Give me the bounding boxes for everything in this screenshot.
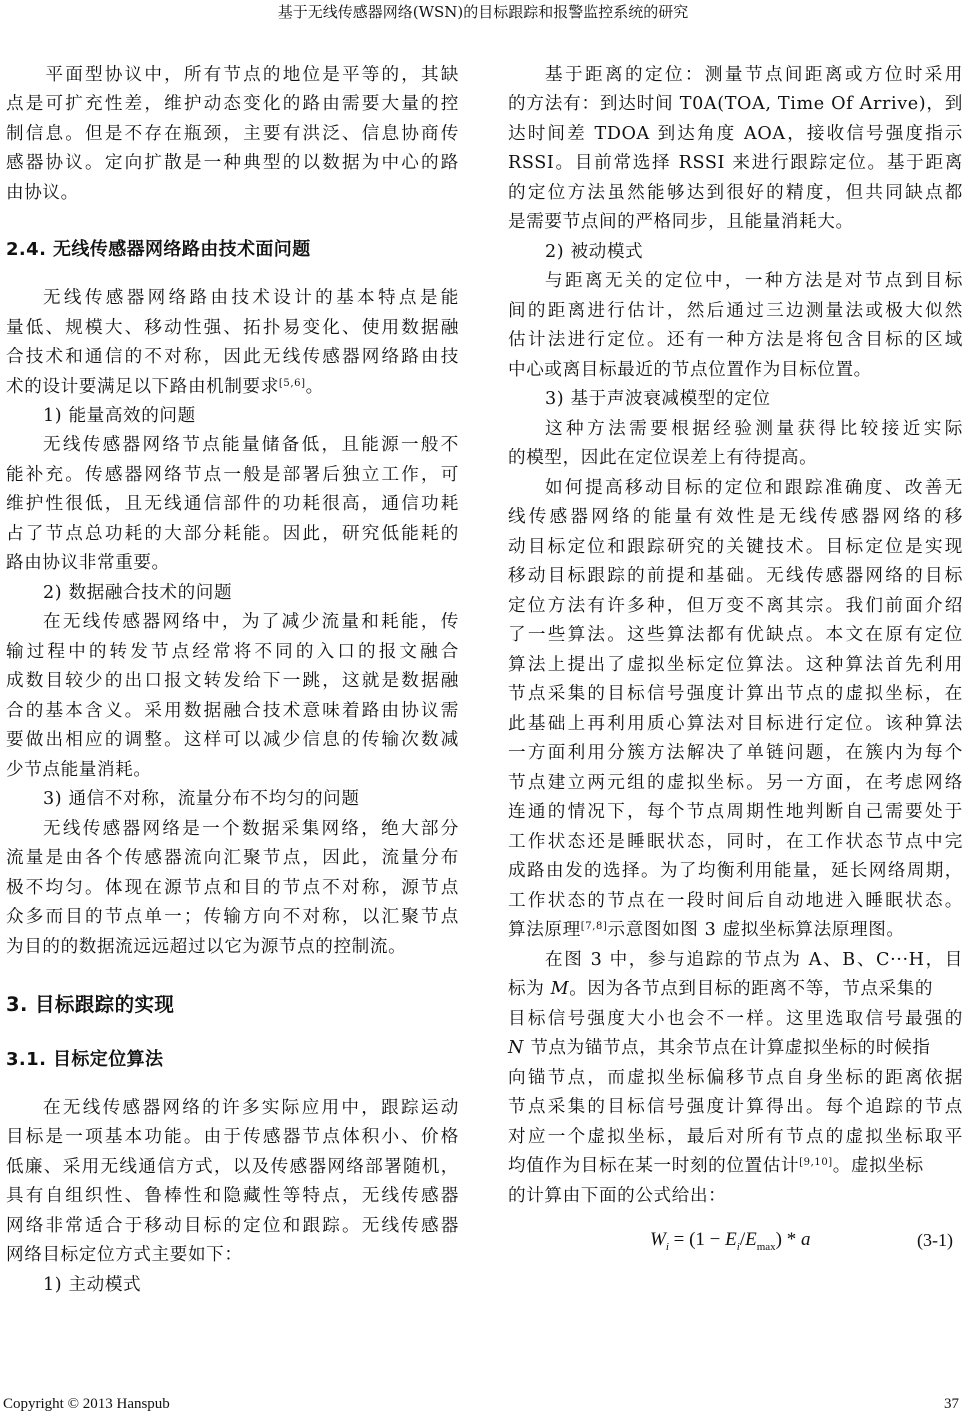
text-line: 为目的的数据流远远超过以它为源节点的控制流。 <box>6 936 459 958</box>
text-line: 由协议。 <box>6 182 459 204</box>
section-heading-3-1: 3.1. 目标定位算法 <box>6 1049 459 1071</box>
text-line: 路由协议非常重要。 <box>6 552 459 574</box>
text-line: 量低、规模大、移动性强、拓扑易变化、使用数据融 <box>6 317 459 339</box>
text-line: 连通的情况下，每个节点周期性地判断自己需要处于 <box>508 801 963 823</box>
text-line: 目标信号强度大小也会不一样。这里选取信号最强的 <box>508 1008 963 1030</box>
text-span: 标为 <box>508 979 551 999</box>
text-span: 均值作为目标在某一时刻的位置估计 <box>508 1156 799 1176</box>
text-span: 示意图如图 3 虚拟坐标算法原理图。 <box>608 920 905 940</box>
text-line: 算法上提出了虚拟坐标定位算法。这种算法首先利用 <box>508 654 963 676</box>
page-number: 37 <box>944 1395 959 1413</box>
text-line: 移动目标跟踪的前提和基础。无线传感器网络的目标 <box>508 565 963 587</box>
text-line: 基于距离的定位：测量节点间距离或方位时采用 <box>508 64 963 86</box>
text-line: 节点采集的目标信号强度计算得出。每个追踪的节点 <box>508 1096 963 1118</box>
text-line: 此基础上再利用质心算法对目标进行定位。该种算法 <box>508 713 963 735</box>
variable-n: N <box>508 1038 524 1058</box>
text-line: 点是可扩充性差，维护动态变化的路由需要大量的控 <box>6 93 459 115</box>
text-line: 平面型协议中，所有节点的地位是平等的，其缺 <box>6 64 459 86</box>
text-line: 网络目标定位方式主要如下： <box>6 1244 459 1266</box>
text-line: 成数目较少的出口报文转发给下一跳，这就是数据融 <box>6 670 459 692</box>
text-line: 估计法进行定位。还有一种方法是将包含目标的区域 <box>508 329 963 351</box>
citation: [9,10] <box>799 1157 833 1168</box>
text-line: 工作状态还是睡眠状态，同时，在工作状态节点中完 <box>508 831 963 853</box>
text-line: 的模型，因此在定位误差上有待提高。 <box>508 447 963 469</box>
list-item-heading: 2) 被动模式 <box>508 241 966 263</box>
text-line: 线传感器网络的能量有效性是无线传感器网络的移 <box>508 506 963 528</box>
sub-max: max <box>757 1241 776 1253</box>
text-line: 的方法有：到达时间 T0A(TOA, Time Of Arrive)，到 <box>508 93 963 115</box>
text-line: 网络非常适合于移动目标的定位和跟踪。无线传感器 <box>6 1215 459 1237</box>
text-line: 的计算由下面的公式给出： <box>508 1185 963 1207</box>
text-line: 对应一个虚拟坐标，最后对所有节点的虚拟坐标取平 <box>508 1126 963 1148</box>
text-line: 工作状态的节点在一段时间后自动地进入睡眠状态。 <box>508 890 963 912</box>
text-line: 维护性很低，且无线通信部件的功耗很高，通信功耗 <box>6 493 459 515</box>
citation: [7,8] <box>581 921 608 932</box>
text-line: 与距离无关的定位中，一种方法是对节点到目标 <box>508 270 963 292</box>
equation-number: (3-1) <box>917 1228 953 1252</box>
text-span: 。因为各节点到目标的距离不等，节点采集的 <box>569 979 933 999</box>
text-line: 无线传感器网络是一个数据采集网络，绝大部分 <box>6 818 459 840</box>
citation: [5,6] <box>279 378 306 389</box>
equation-3-1: Wi = (1 − Ei/Emax) * a <box>650 1228 811 1259</box>
text-line: 定位方法有许多种，但万变不离其宗。我们前面介绍 <box>508 595 963 617</box>
text-line: 极不均匀。体现在源节点和目的节点不对称，源节点 <box>6 877 459 899</box>
list-item-heading: 3) 基于声波衰减模型的定位 <box>508 388 966 410</box>
text-line: 无线传感器网络路由技术设计的基本特点是能 <box>6 287 459 309</box>
text-line: 节点建立两元组的虚拟坐标。另一方面，在考虑网络 <box>508 772 963 794</box>
text-line: 间的距离进行估计，然后通过三边测量法或极大似然 <box>508 300 963 322</box>
eq-part: ) * <box>776 1229 801 1250</box>
running-header: 基于无线传感器网络(WSN)的目标跟踪和报警监控系统的研究 <box>0 1 966 23</box>
text-line: 感器协议。定向扩散是一种典型的以数据为中心的路 <box>6 152 459 174</box>
text-line: 动目标定位和跟踪研究的关键技术。目标定位是实现 <box>508 536 963 558</box>
text-line: 能补充。传感器网络节点一般是部署后独立工作，可 <box>6 464 459 486</box>
text-span: 节点为锚节点，其余节点在计算虚拟坐标的时候指 <box>524 1038 930 1058</box>
text-line: 术的设计要满足以下路由机制要求[5,6]。 <box>6 376 459 398</box>
text-line: 是需要节点间的严格同步，且能量消耗大。 <box>508 211 963 233</box>
text-line: 向锚节点，而虚拟坐标偏移节点自身坐标的距离依据 <box>508 1067 963 1089</box>
text-line: 在无线传感器网络的许多实际应用中，跟踪运动 <box>6 1097 459 1119</box>
text-line: 众多而目的节点单一；传输方向不对称，以汇聚节点 <box>6 906 459 928</box>
text-line: 要做出相应的调整。这样可以减少信息的传输次数减 <box>6 729 459 751</box>
variable-m: M <box>551 979 570 999</box>
text-line: 这种方法需要根据经验测量获得比较接近实际 <box>508 418 963 440</box>
text-line: 节点采集的目标信号强度计算出节点的虚拟坐标，在 <box>508 683 963 705</box>
text-line: 目标是一项基本功能。由于传感器节点体积小、价格 <box>6 1126 459 1148</box>
text-line: 了一些算法。这些算法都有优缺点。本文在原有定位 <box>508 624 963 646</box>
text-line: 在图 3 中，参与追踪的节点为 A、B、C···H，目 <box>508 949 963 971</box>
text-line: 少节点能量消耗。 <box>6 759 459 781</box>
var-a: a <box>801 1229 811 1250</box>
list-item-heading: 3) 通信不对称，流量分布不均匀的问题 <box>6 788 496 810</box>
text-line: 均值作为目标在某一时刻的位置估计[9,10]。虚拟坐标 <box>508 1155 963 1177</box>
list-item-heading: 1) 主动模式 <box>6 1274 496 1296</box>
text-line: 成路由发的选择。为了均衡利用能量，延长网络周期， <box>508 860 963 882</box>
text-line: 如何提高移动目标的定位和跟踪准确度、改善无 <box>508 477 963 499</box>
text-span: 算法原理 <box>508 920 581 940</box>
text-span: 。虚拟坐标 <box>833 1156 924 1176</box>
list-item-heading: 2) 数据融合技术的问题 <box>6 582 496 604</box>
text-line: 合的基本含义。采用数据融合技术意味着路由协议需 <box>6 700 459 722</box>
text-line: 的定位方法虽然能够达到很好的精度，但共同缺点都 <box>508 182 963 204</box>
text-line: 算法原理[7,8]示意图如图 3 虚拟坐标算法原理图。 <box>508 919 963 941</box>
section-heading-3: 3. 目标跟踪的实现 <box>6 994 459 1016</box>
text-line: 标为 M。因为各节点到目标的距离不等，节点采集的 <box>508 978 963 1000</box>
text-line: 低廉、采用无线通信方式，以及传感器网络部署随机， <box>6 1156 459 1178</box>
var-e: E <box>745 1229 757 1250</box>
text-line: N 节点为锚节点，其余节点在计算虚拟坐标的时候指 <box>508 1037 963 1059</box>
list-item-heading: 1) 能量高效的问题 <box>6 405 496 427</box>
copyright: Copyright © 2013 Hanspub <box>3 1395 170 1413</box>
eq-part: = (1 − <box>669 1229 725 1250</box>
text-line: 无线传感器网络节点能量储备低，且能源一般不 <box>6 434 459 456</box>
text-line: 制信息。但是不存在瓶颈，主要有洪泛、信息协商传 <box>6 123 459 145</box>
section-heading-2-4: 2.4. 无线传感器网络路由技术面问题 <box>6 239 459 261</box>
text-line: 输过程中的转发节点经常将不同的入口的报文融合 <box>6 641 459 663</box>
text-line: 一方面利用分簇方法解决了单链问题，在簇内为每个 <box>508 742 963 764</box>
text-line: 中心或离目标最近的节点位置作为目标位置。 <box>508 359 963 381</box>
text-line: 占了节点总功耗的大部分耗能。因此，研究低能耗的 <box>6 523 459 545</box>
var-e: E <box>725 1229 737 1250</box>
text-line: 达时间差 TDOA 到达角度 AOA，接收信号强度指示 <box>508 123 963 145</box>
text-line: 流量是由各个传感器流向汇聚节点，因此，流量分布 <box>6 847 459 869</box>
var-w: W <box>650 1229 666 1250</box>
text-line: 合技术和通信的不对称，因此无线传感器网络路由技 <box>6 346 459 368</box>
text-span: 术的设计要满足以下路由机制要求 <box>6 377 279 397</box>
text-line: 在无线传感器网络中，为了减少流量和耗能，传 <box>6 611 459 633</box>
text-span: 。 <box>306 377 324 397</box>
text-line: RSSI。目前常选择 RSSI 来进行跟踪定位。基于距离 <box>508 152 963 174</box>
text-line: 具有自组织性、鲁棒性和隐藏性等特点，无线传感器 <box>6 1185 459 1207</box>
